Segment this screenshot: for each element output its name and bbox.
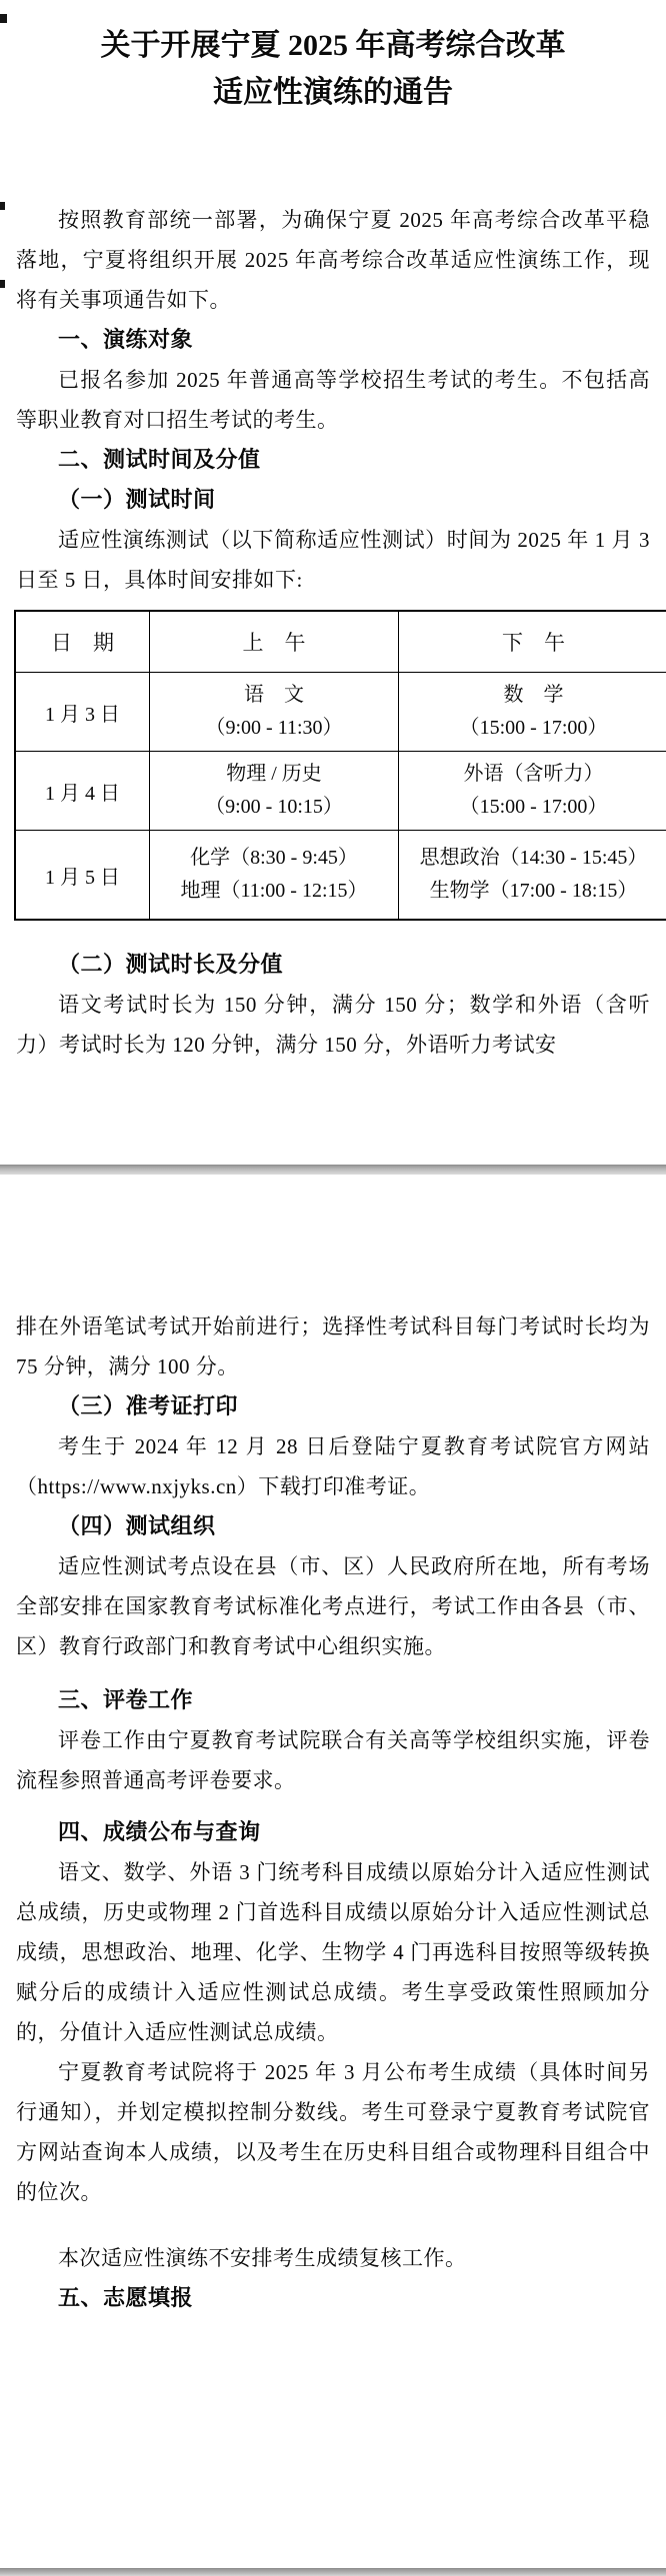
section-heading-4: 四、成绩公布与查询 — [16, 1812, 650, 1852]
cell-morning: 语 文 （9:00 - 11:30） — [150, 673, 399, 752]
subject-time: （15:00 - 17:00） — [401, 712, 666, 745]
subject-name-time: 化学（8:30 - 9:45） — [152, 842, 396, 875]
admission-ticket-paragraph: 考生于 2024 年 12 月 28 日后登陆宁夏教育考试院官方网站（https… — [16, 1426, 650, 1506]
subject-name: 物理 / 历史 — [152, 758, 396, 791]
table-row: 1 月 4 日 物理 / 历史 （9:00 - 10:15） 外语（含听力） （… — [15, 752, 666, 831]
target-paragraph: 已报名参加 2025 年普通高等学校招生考试的考生。不包括高等职业教育对口招生考… — [16, 360, 650, 440]
subject-name-time: 思想政治（14:30 - 15:45） — [401, 842, 666, 875]
score-review-paragraph: 本次适应性演练不安排考生成绩复核工作。 — [16, 2238, 650, 2278]
document-page-1: 关于开展宁夏 2025 年高考综合改革 适应性演练的通告 按照教育部统一部署，为… — [0, 0, 666, 1165]
document-title-line2: 适应性演练的通告 — [16, 69, 650, 116]
score-release-paragraph: 宁夏教育考试院将于 2025 年 3 月公布考生成绩（具体时间另行通知），并划定… — [16, 2052, 650, 2212]
organization-paragraph: 适应性测试考点设在县（市、区）人民政府所在地，所有考场全部安排在国家教育考试标准… — [16, 1546, 650, 1666]
section-heading-1: 一、演练对象 — [16, 320, 650, 360]
page-break-shadow-bottom — [0, 2568, 666, 2576]
cell-afternoon: 思想政治（14:30 - 15:45） 生物学（17:00 - 18:15） — [399, 831, 666, 921]
cell-afternoon: 外语（含听力） （15:00 - 17:00） — [399, 752, 666, 831]
subsection-heading-2-2: （二）测试时长及分值 — [16, 945, 650, 985]
cell-date: 1 月 4 日 — [15, 752, 150, 831]
page-break-shadow — [0, 1165, 666, 1175]
cell-morning: 物理 / 历史 （9:00 - 10:15） — [150, 752, 399, 831]
cell-morning: 化学（8:30 - 9:45） 地理（11:00 - 12:15） — [150, 831, 399, 921]
table-header-morning: 上 午 — [150, 611, 399, 673]
table-header-date: 日 期 — [15, 611, 150, 673]
subject-time: （9:00 - 10:15） — [152, 791, 396, 824]
subject-time: （15:00 - 17:00） — [401, 791, 666, 824]
cell-afternoon: 数 学 （15:00 - 17:00） — [399, 673, 666, 752]
section-heading-3: 三、评卷工作 — [16, 1680, 650, 1720]
section-heading-2: 二、测试时间及分值 — [16, 440, 650, 480]
scan-artifact-mark — [0, 202, 5, 210]
notice-document: 关于开展宁夏 2025 年高考综合改革 适应性演练的通告 按照教育部统一部署，为… — [0, 0, 666, 2576]
subject-name-time: 生物学（17:00 - 18:15） — [401, 875, 666, 908]
table-row: 1 月 3 日 语 文 （9:00 - 11:30） 数 学 （15:00 - … — [15, 673, 666, 752]
table-row: 1 月 5 日 化学（8:30 - 9:45） 地理（11:00 - 12:15… — [15, 831, 666, 921]
scan-artifact-mark — [0, 280, 5, 288]
exam-schedule-table: 日 期 上 午 下 午 1 月 3 日 语 文 （9:00 - 11:30） 数… — [14, 610, 666, 921]
table-header-row: 日 期 上 午 下 午 — [15, 611, 666, 673]
subject-name: 语 文 — [152, 679, 396, 712]
subject-name: 外语（含听力） — [401, 758, 666, 791]
duration-paragraph-part2: 排在外语笔试考试开始前进行；选择性考试科目每门考试时长均为 75 分钟，满分 1… — [16, 1306, 650, 1386]
marking-paragraph: 评卷工作由宁夏教育考试院联合有关高等学校组织实施，评卷流程参照普通高考评卷要求。 — [16, 1720, 650, 1800]
duration-paragraph-part1: 语文考试时长为 150 分钟，满分 150 分；数学和外语（含听力）考试时长为 … — [16, 985, 650, 1065]
score-calculation-paragraph: 语文、数学、外语 3 门统考科目成绩以原始分计入适应性测试总成绩，历史或物理 2… — [16, 1852, 650, 2052]
document-page-2: 排在外语笔试考试开始前进行；选择性考试科目每门考试时长均为 75 分钟，满分 1… — [0, 1175, 666, 2568]
section-heading-5: 五、志愿填报 — [16, 2278, 650, 2318]
subsection-heading-2-1: （一）测试时间 — [16, 480, 650, 520]
cell-date: 1 月 5 日 — [15, 831, 150, 921]
subsection-heading-2-3: （三）准考证打印 — [16, 1386, 650, 1426]
document-title-line1: 关于开展宁夏 2025 年高考综合改革 — [16, 22, 650, 69]
subject-name-time: 地理（11:00 - 12:15） — [152, 875, 396, 908]
subsection-heading-2-4: （四）测试组织 — [16, 1506, 650, 1546]
intro-paragraph: 按照教育部统一部署，为确保宁夏 2025 年高考综合改革平稳落地，宁夏将组织开展… — [16, 200, 650, 320]
subject-time: （9:00 - 11:30） — [152, 712, 396, 745]
test-time-paragraph: 适应性演练测试（以下简称适应性测试）时间为 2025 年 1 月 3 日至 5 … — [16, 520, 650, 600]
subject-name: 数 学 — [401, 679, 666, 712]
scan-artifact-mark — [0, 14, 7, 23]
table-header-afternoon: 下 午 — [399, 611, 666, 673]
cell-date: 1 月 3 日 — [15, 673, 150, 752]
document-title: 关于开展宁夏 2025 年高考综合改革 适应性演练的通告 — [16, 22, 650, 116]
